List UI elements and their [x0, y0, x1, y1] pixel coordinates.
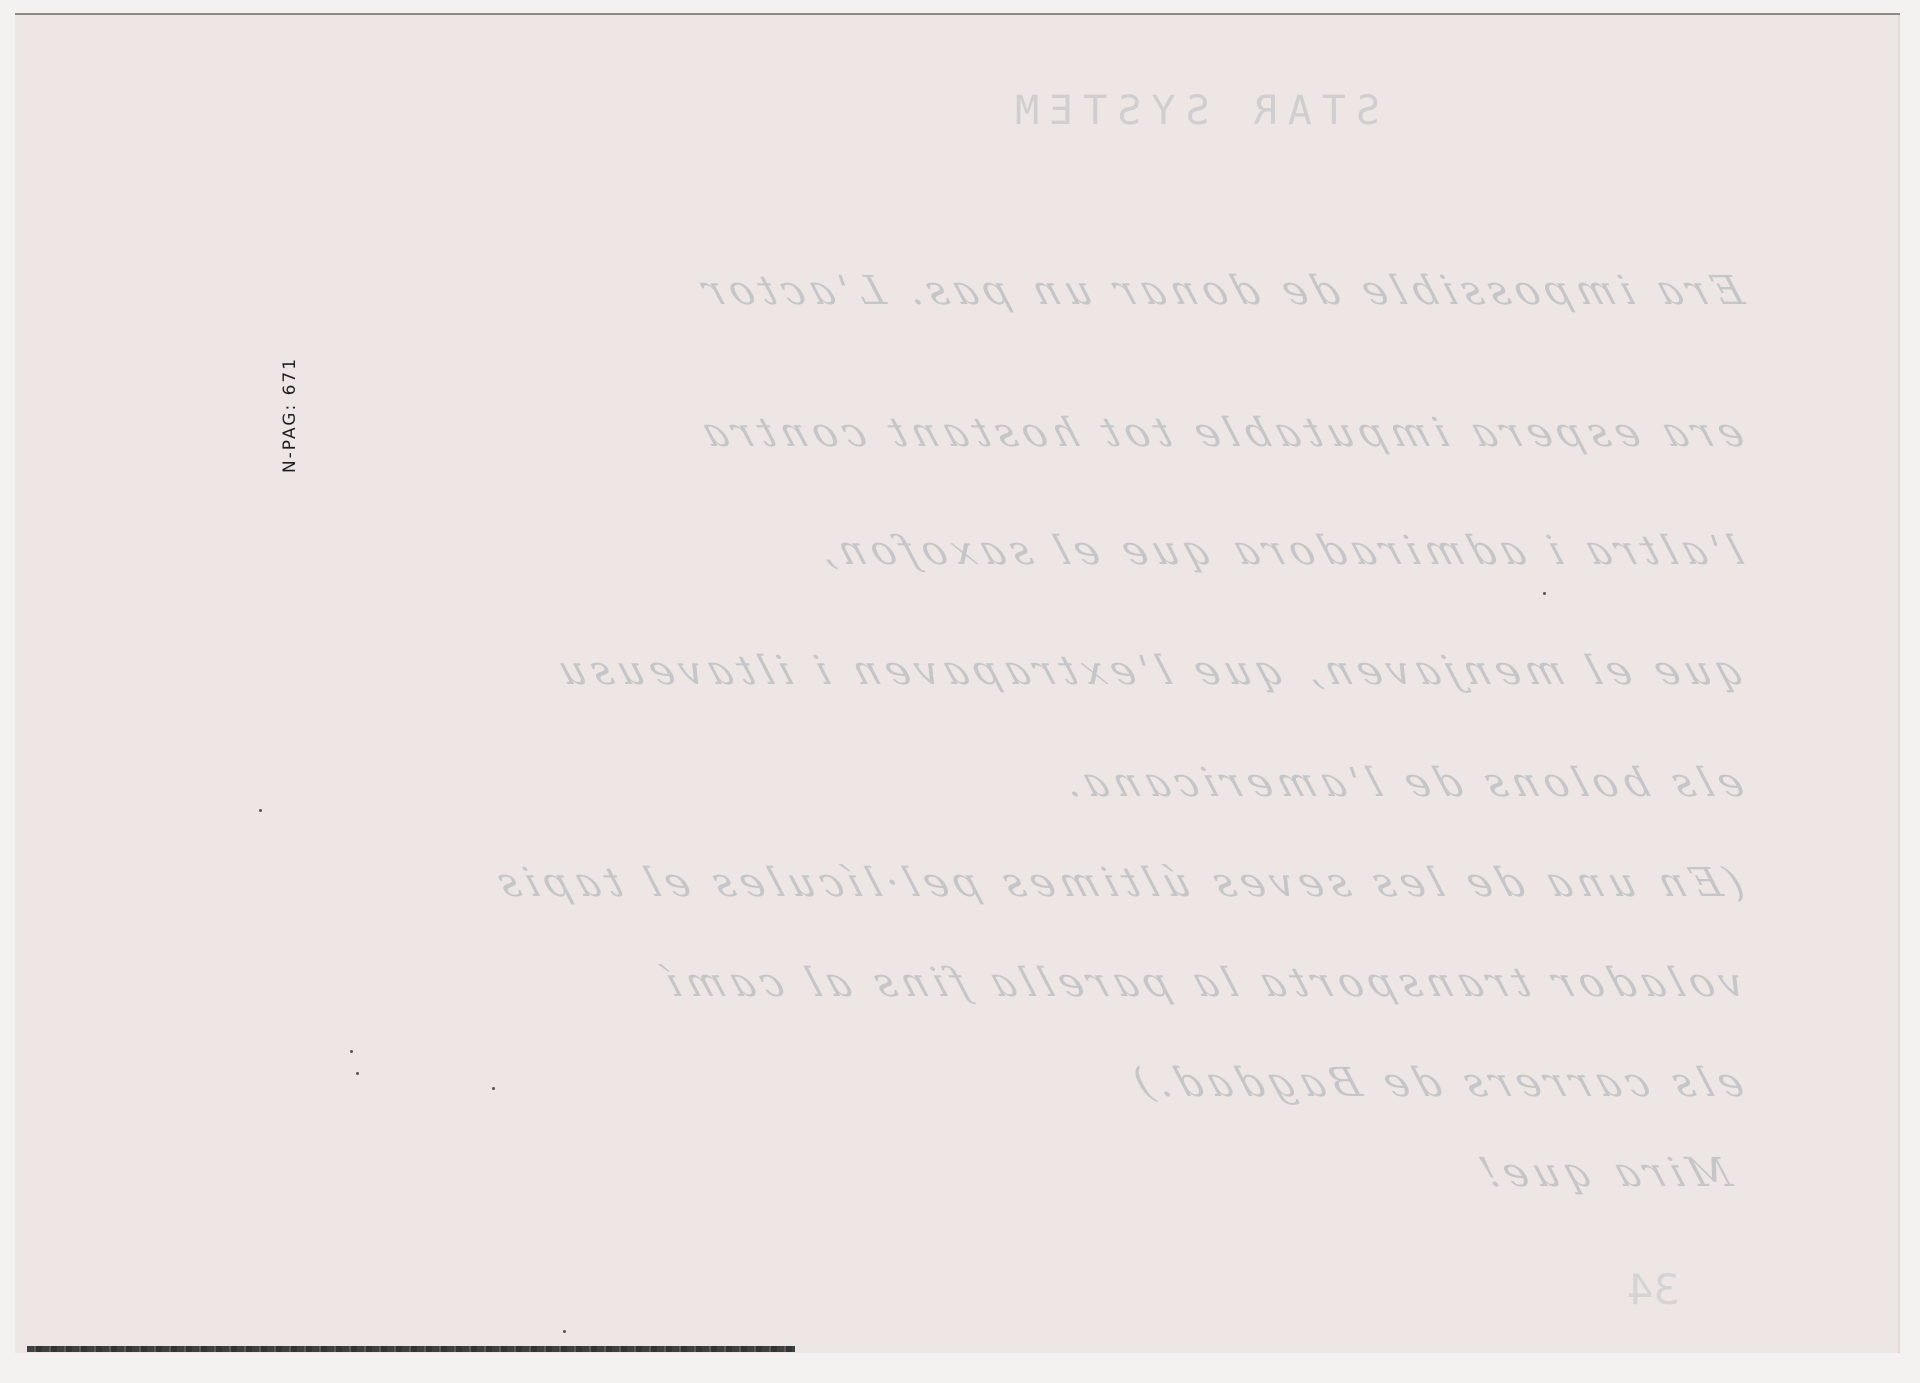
paper-sheet — [15, 13, 1900, 1353]
bottom-edge-band — [27, 1346, 795, 1352]
paper-speck — [1543, 592, 1546, 595]
paper-speck — [563, 1330, 566, 1333]
paper-speck — [350, 1050, 353, 1053]
paper-speck — [492, 1087, 495, 1090]
archive-stamp: N-PAG: 671 — [280, 357, 300, 473]
paper-speck — [259, 809, 262, 812]
paper-speck — [356, 1072, 359, 1075]
